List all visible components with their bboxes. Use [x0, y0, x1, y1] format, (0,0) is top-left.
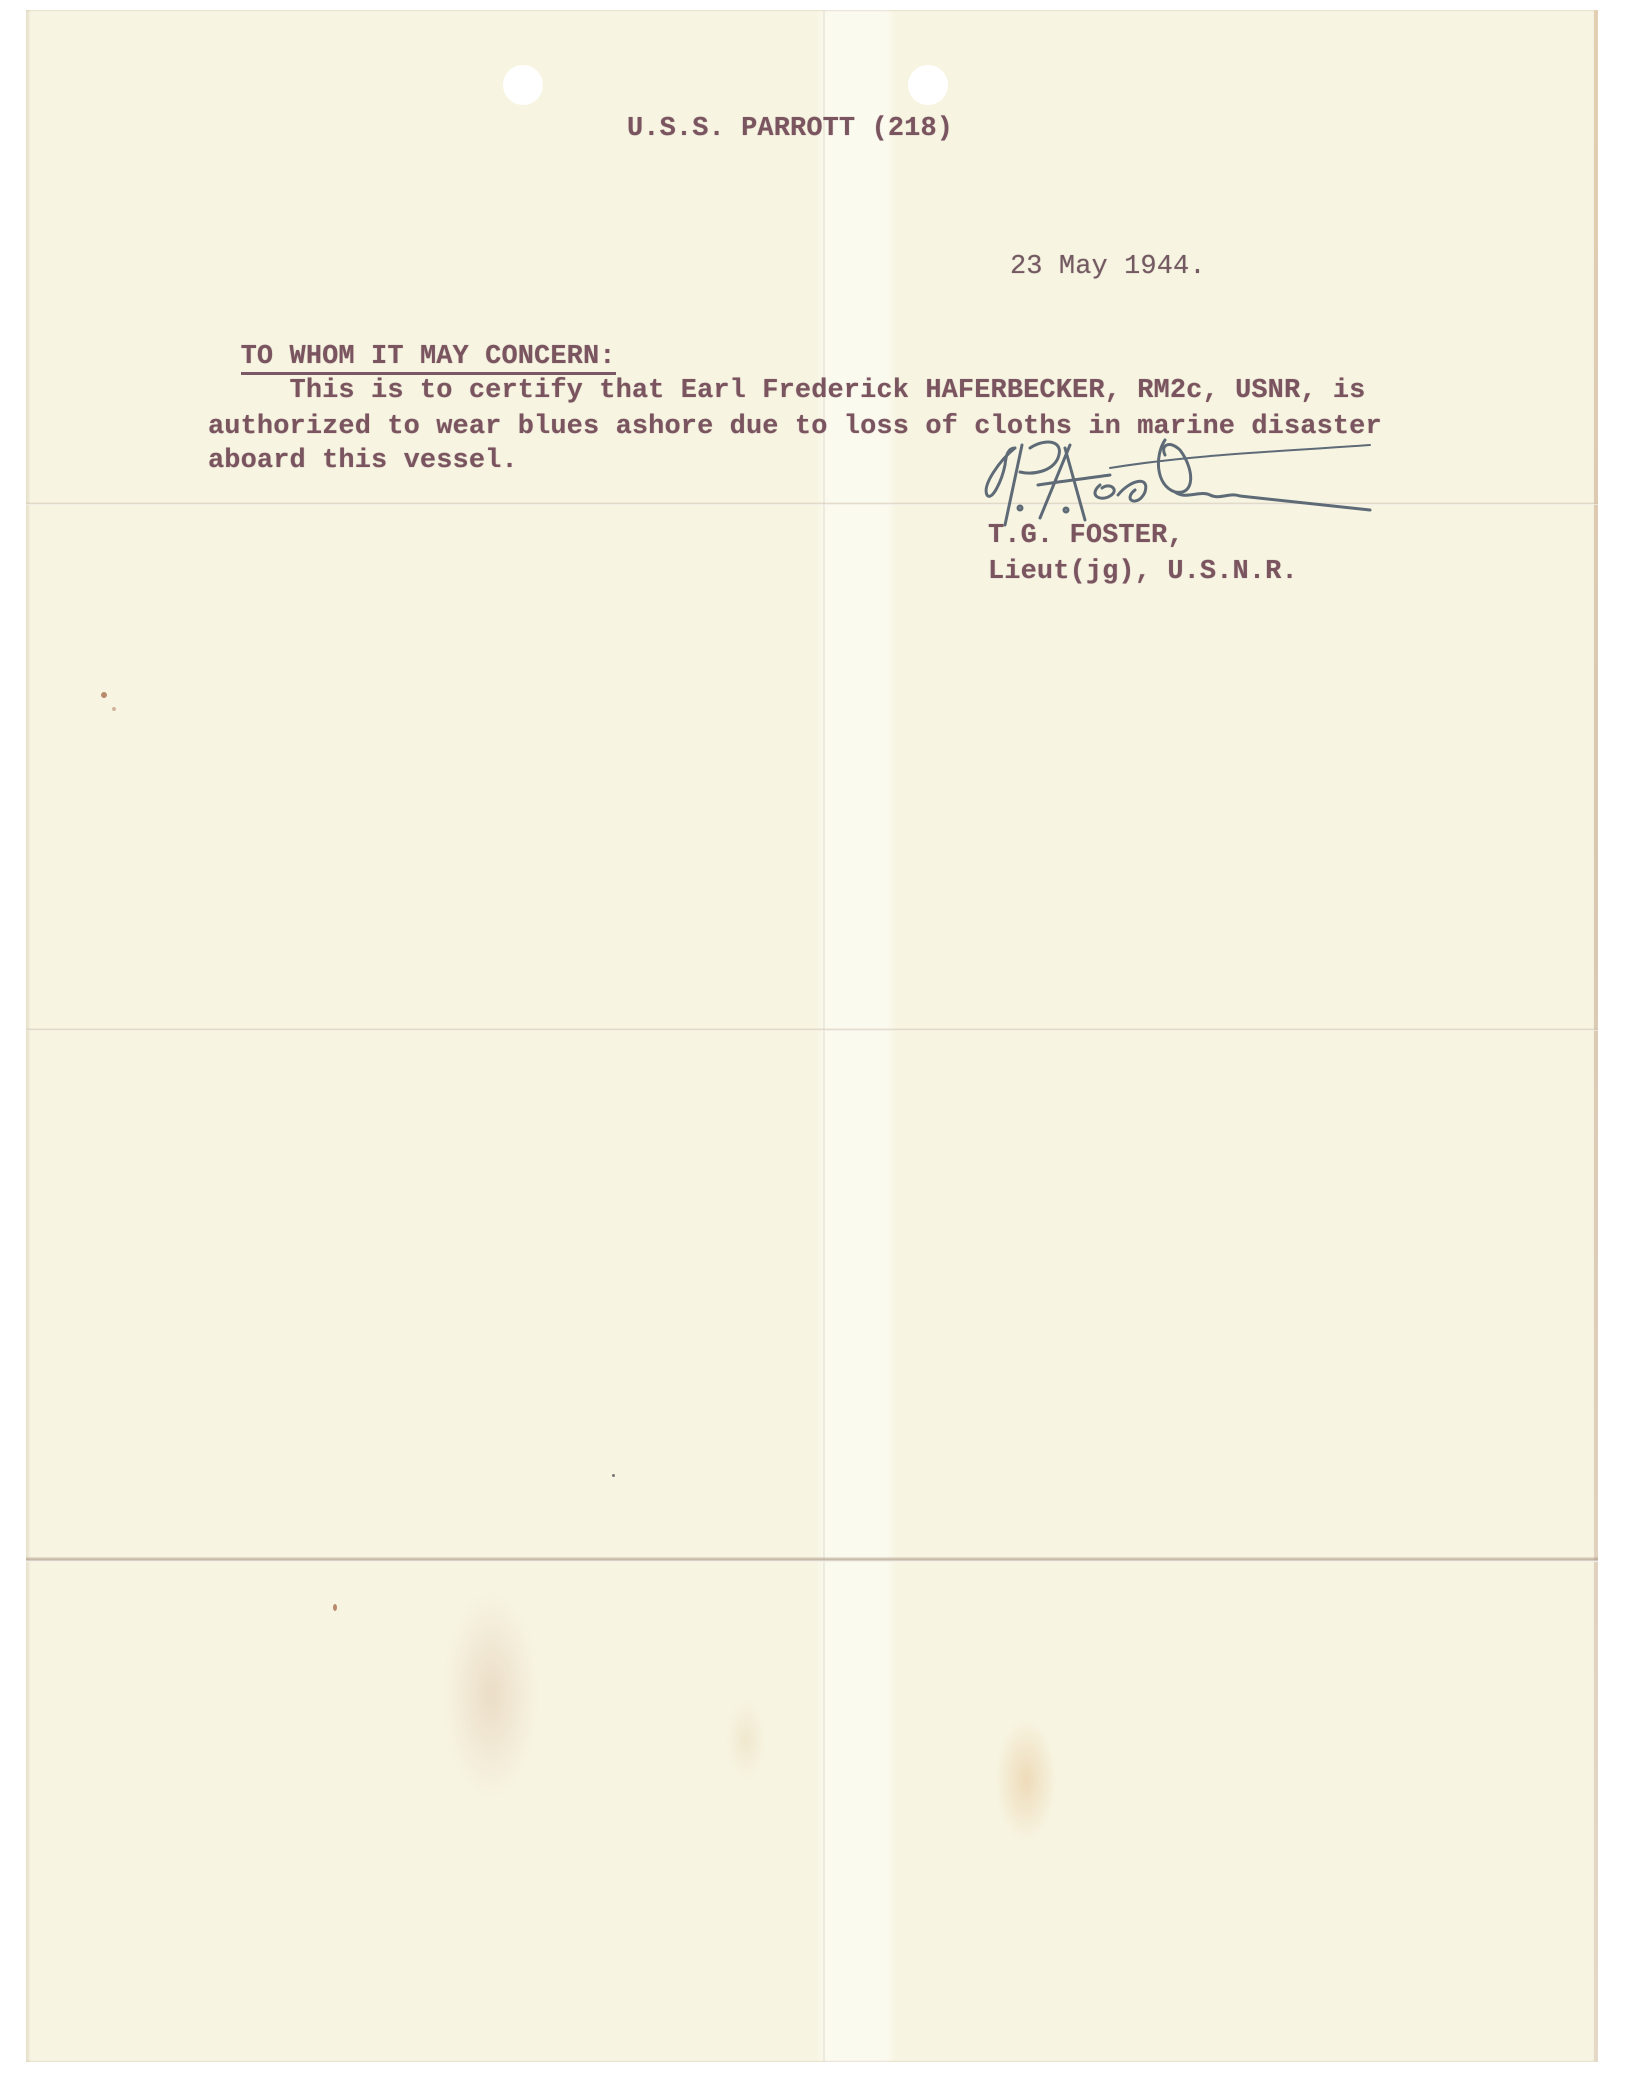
punch-hole-left: [503, 65, 543, 105]
fold-line-middle: [26, 1028, 1598, 1031]
salutation: TO WHOM IT MAY CONCERN:: [241, 342, 616, 375]
punch-hole-right: [908, 65, 948, 105]
paper-speck: [112, 707, 116, 711]
signatory-rank: Lieut(jg), U.S.N.R.: [988, 555, 1298, 590]
letter-date: 23 May 1944.: [1010, 250, 1206, 285]
paper-speck: [101, 692, 107, 698]
paper-speck: [612, 1474, 615, 1477]
paper-speck: [333, 1604, 337, 1611]
body-line-3: aboard this vessel.: [208, 444, 518, 479]
signatory-name: T.G. FOSTER,: [988, 519, 1184, 554]
paper-edge-right: [1594, 10, 1598, 2062]
vertical-fold-line: [823, 10, 825, 2062]
fold-line-lower: [26, 1557, 1598, 1562]
letterhead: U.S.S. PARROTT (218): [627, 112, 953, 147]
